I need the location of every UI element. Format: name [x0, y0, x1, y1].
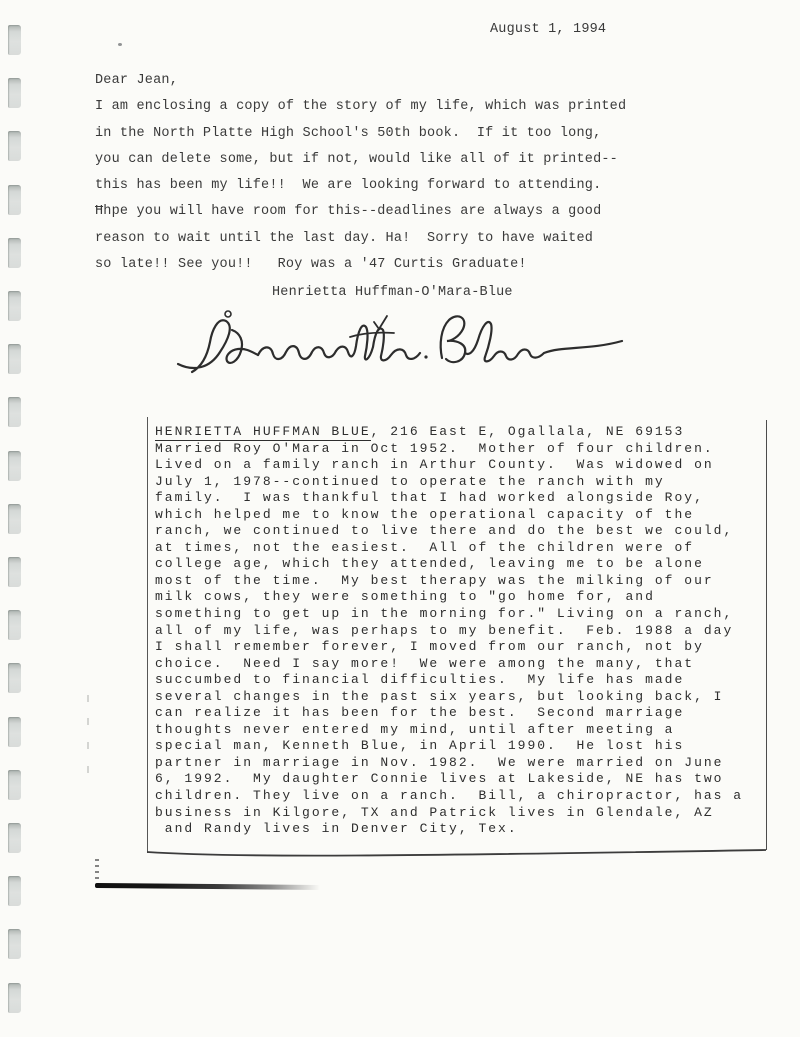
binding-hole [8, 983, 21, 1013]
bio-line: which helped me to know the operational … [155, 507, 743, 524]
bio-line: can realize it has been for the best. Se… [155, 705, 743, 722]
bio-line: choice. Need I say more! We were among t… [155, 656, 743, 673]
handwritten-signature-icon [170, 300, 630, 385]
bio-line: at times, not the easiest. All of the ch… [155, 540, 743, 557]
bio-line: several changes in the past six years, b… [155, 689, 743, 706]
bio-line: all of my life, was perhaps to my benefi… [155, 623, 743, 640]
bio-box-right-border [766, 420, 767, 850]
bio-line: July 1, 1978--continued to operate the r… [155, 474, 743, 491]
bio-line: partner in marriage in Nov. 1982. We wer… [155, 755, 743, 772]
binding-hole [8, 504, 21, 534]
margin-tick-mark [87, 742, 89, 749]
bio-first-line: HENRIETTA HUFFMAN BLUE, 216 East E, Ogal… [155, 424, 743, 441]
binding-hole [8, 717, 21, 747]
bio-text-block: HENRIETTA HUFFMAN BLUE, 216 East E, Ogal… [155, 424, 743, 838]
bio-line: college age, which they attended, leavin… [155, 556, 743, 573]
bio-line: business in Kilgore, TX and Patrick live… [155, 805, 743, 822]
letter-line: Ħhpe you will have room for this--deadli… [95, 199, 626, 225]
letter-line: so late!! See you!! Roy was a '47 Curtis… [95, 252, 626, 278]
bio-line: 6, 1992. My daughter Connie lives at Lak… [155, 771, 743, 788]
ink-smudge-mark [95, 859, 99, 883]
bio-line: Married Roy O'Mara in Oct 1952. Mother o… [155, 441, 743, 458]
margin-tick-mark [87, 695, 89, 702]
bio-lines: Married Roy O'Mara in Oct 1952. Mother o… [155, 441, 743, 838]
bio-line: most of the time. My best therapy was th… [155, 573, 743, 590]
letter-line: I am enclosing a copy of the story of my… [95, 94, 626, 120]
letter-body: Dear Jean, I am enclosing a copy of the … [95, 68, 626, 278]
typed-signature-name: Henrietta Huffman-O'Mara-Blue [272, 285, 513, 300]
margin-tick-mark [87, 718, 89, 725]
bio-line: and Randy lives in Denver City, Tex. [155, 821, 743, 838]
bio-line: family. I was thankful that I had worked… [155, 490, 743, 507]
binding-hole [8, 451, 21, 481]
letter-line: in the North Platte High School's 50th b… [95, 121, 626, 147]
binding-hole [8, 610, 21, 640]
bio-line: succumbed to financial difficulties. My … [155, 672, 743, 689]
binding-hole [8, 78, 21, 108]
binding-hole [8, 238, 21, 268]
letter-date: August 1, 1994 [490, 22, 606, 37]
binding-hole [8, 131, 21, 161]
bio-line: children. They live on a ranch. Bill, a … [155, 788, 743, 805]
margin-tick-mark [87, 766, 89, 773]
bio-line: thoughts never entered my mind, until af… [155, 722, 743, 739]
ink-smear-mark [95, 883, 320, 890]
binding-hole [8, 876, 21, 906]
binding-hole [8, 770, 21, 800]
salutation: Dear Jean, [95, 68, 626, 94]
binding-hole [8, 185, 21, 215]
bio-line: ranch, we continued to live there and do… [155, 523, 743, 540]
letter-line: reason to wait until the last day. Ha! S… [95, 226, 626, 252]
bio-heading: HENRIETTA HUFFMAN BLUE [155, 424, 371, 441]
bio-heading-rest: , 216 East E, Ogallala, NE 69153 [371, 424, 685, 439]
bio-line: special man, Kenneth Blue, in April 1990… [155, 738, 743, 755]
letter-body-lines: I am enclosing a copy of the story of my… [95, 94, 626, 278]
binding-hole [8, 397, 21, 427]
letter-line: this has been my life!! We are looking f… [95, 173, 626, 199]
binding-hole [8, 823, 21, 853]
scanned-letter-page: August 1, 1994 Dear Jean, I am enclosing… [0, 0, 800, 1037]
binding-hole [8, 929, 21, 959]
bio-line: milk cows, they were something to "go ho… [155, 589, 743, 606]
bio-line: Lived on a family ranch in Arthur County… [155, 457, 743, 474]
letter-line: you can delete some, but if not, would l… [95, 147, 626, 173]
stray-dot-mark [118, 43, 122, 46]
binding-hole [8, 291, 21, 321]
bio-box-left-border [147, 417, 148, 853]
binding-hole [8, 344, 21, 374]
binding-hole [8, 25, 21, 55]
bio-line: I shall remember forever, I moved from o… [155, 639, 743, 656]
binding-hole [8, 557, 21, 587]
binding-hole [8, 663, 21, 693]
bio-box-bottom-border [147, 844, 769, 860]
bio-line: something to get up in the morning for."… [155, 606, 743, 623]
